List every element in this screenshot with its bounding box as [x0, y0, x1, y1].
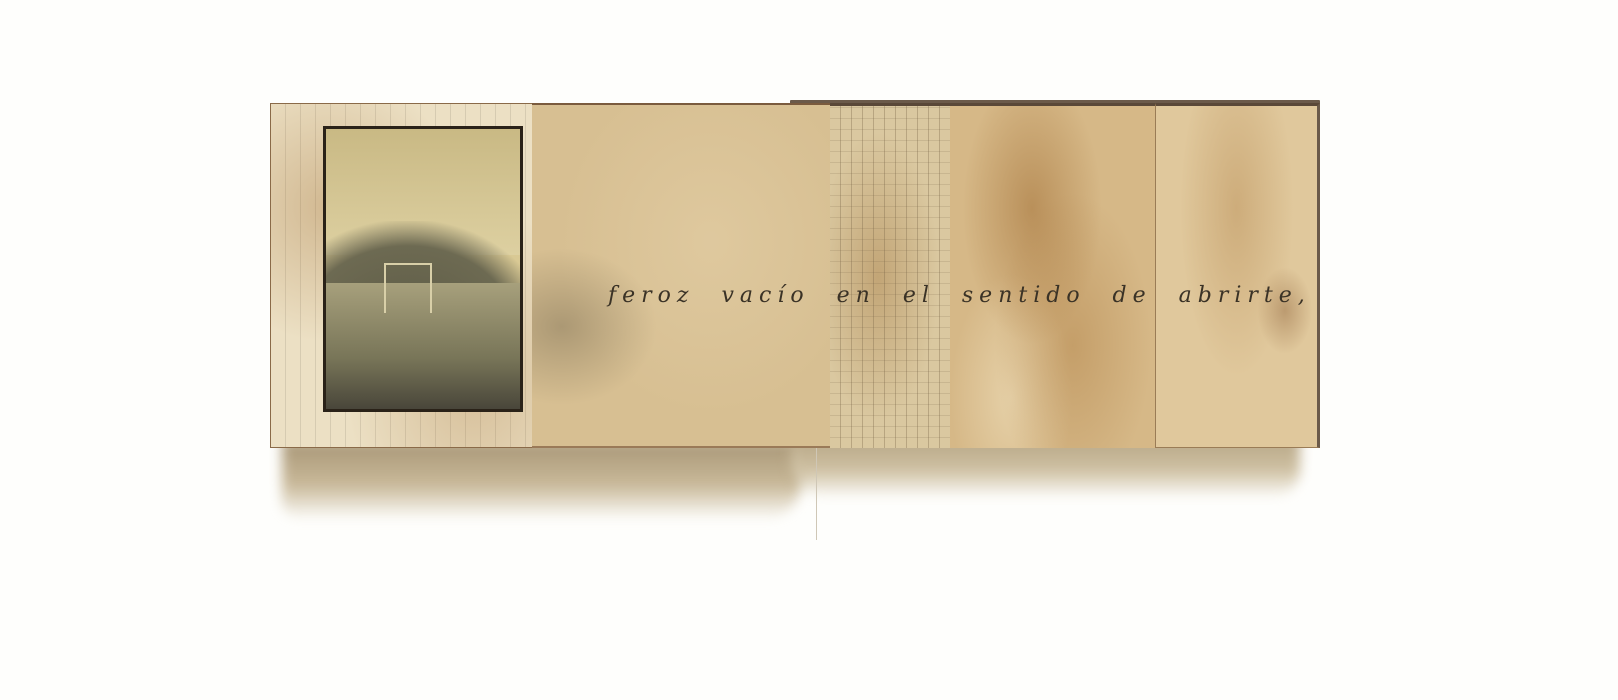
- page-kraft: [532, 103, 830, 448]
- wall-seam: [816, 440, 817, 540]
- page-photo: [270, 103, 560, 448]
- book-shadow-left: [282, 440, 802, 520]
- page-grid: [830, 103, 950, 448]
- artist-book: feroz vacío en el sentido de abrirte,: [270, 103, 1320, 448]
- page-stained-right: [1155, 103, 1320, 448]
- football-goal: [384, 263, 432, 313]
- sepia-photograph: [323, 126, 523, 412]
- page-stained: [950, 103, 1155, 448]
- handwritten-text: feroz vacío en el sentido de abrirte,: [608, 283, 1311, 308]
